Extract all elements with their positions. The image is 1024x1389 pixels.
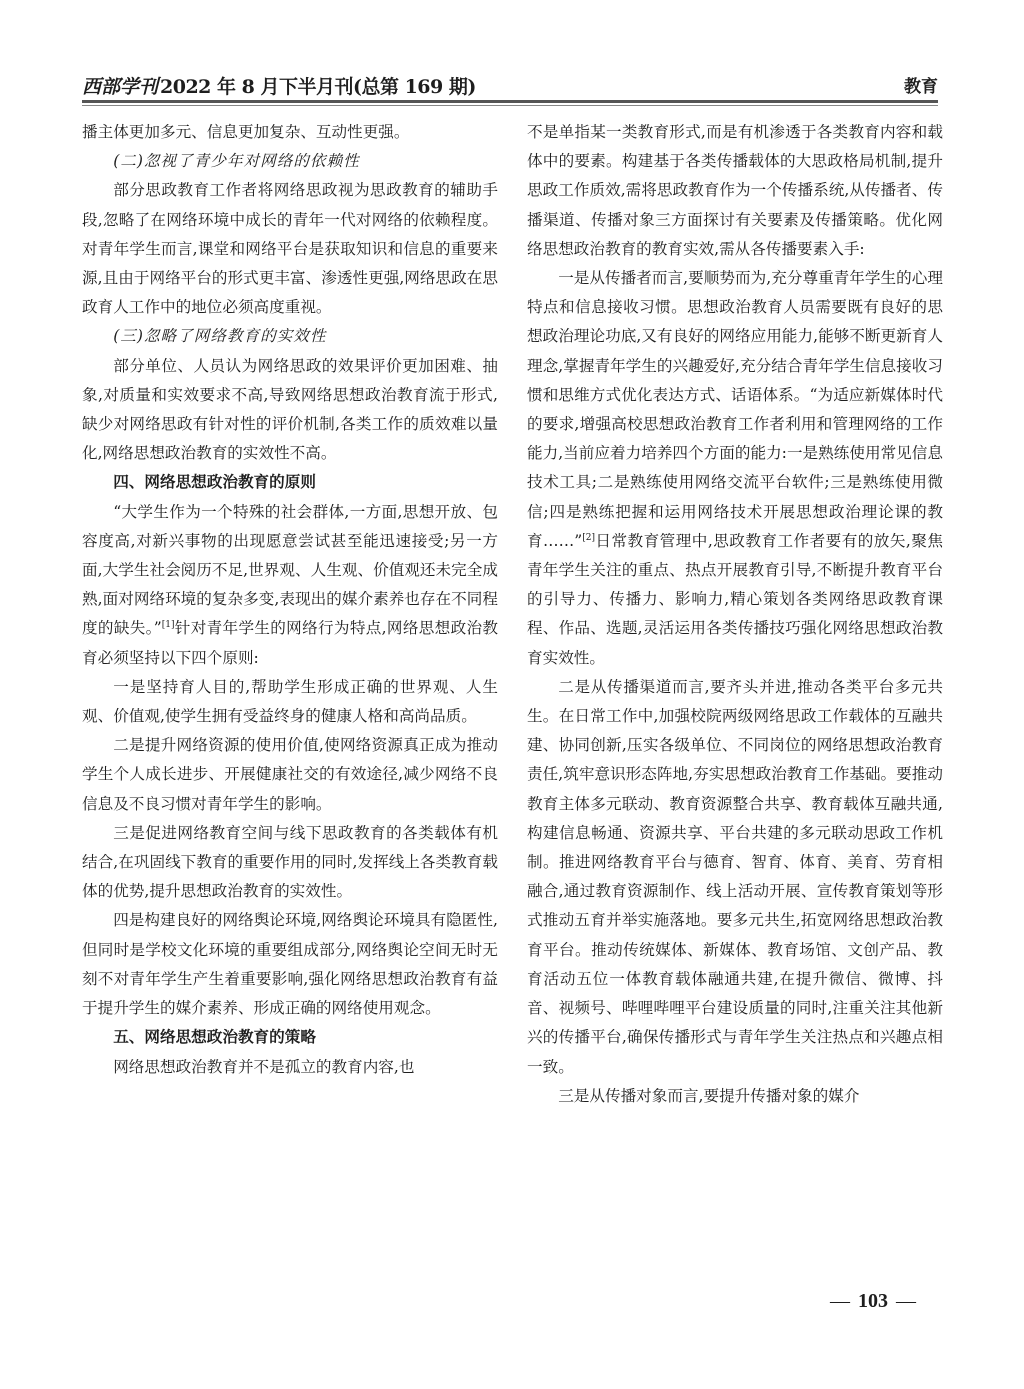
dash-right: —	[896, 1290, 916, 1312]
header-rule-thin	[82, 105, 938, 106]
paragraph-text: 一是从传播者而言,要顺势而为,充分尊重青年学生的心理特点和信息接收习惯。思想政治…	[527, 269, 943, 550]
paragraph-quote: “大学生作为一个特殊的社会群体,一方面,思想开放、包容度高,对新兴事物的出现愿意…	[82, 498, 498, 673]
page-number-value: 103	[858, 1290, 888, 1312]
paragraph: 部分思政教育工作者将网络思政视为思政教育的辅助手段,忽略了在网络环境中成长的青年…	[82, 176, 498, 322]
paragraph: 网络思想政治教育并不是孤立的教育内容,也	[82, 1053, 498, 1082]
dash-left: —	[830, 1290, 850, 1312]
paragraph: 部分单位、人员认为网络思政的效果评价更加困难、抽象,对质量和实效要求不高,导致网…	[82, 352, 498, 469]
section-heading: 五、网络思想政治教育的策略	[82, 1023, 498, 1052]
page-header: 西部学刊2022 年 8 月下半月刊(总第 169 期) 教育	[82, 72, 938, 96]
paragraph: 二是提升网络资源的使用价值,使网络资源真正成为推动学生个人成长进步、开展健康社交…	[82, 731, 498, 819]
issue-info: 2022 年 8 月下半月刊(总第 169 期)	[160, 76, 476, 98]
paragraph: 三是促进网络教育空间与线下思政教育的各类载体有机结合,在巩固线下教育的重要作用的…	[82, 819, 498, 907]
journal-logo: 西部学刊	[82, 76, 158, 98]
paragraph: 播主体更加多元、信息更加复杂、互动性更强。	[82, 118, 498, 147]
paragraph: 一是坚持育人目的,帮助学生形成正确的世界观、人生观、价值观,使学生拥有受益终身的…	[82, 673, 498, 731]
header-rule-thick	[82, 100, 938, 103]
left-column: 播主体更加多元、信息更加复杂、互动性更强。 (二)忽视了青少年对网络的依赖性 部…	[82, 118, 498, 1082]
right-column: 不是单指某一类教育形式,而是有机渗透于各类教育内容和载体中的要素。构建基于各类传…	[527, 118, 943, 1111]
paragraph-quote: 一是从传播者而言,要顺势而为,充分尊重青年学生的心理特点和信息接收习惯。思想政治…	[527, 264, 943, 673]
paragraph-text: 日常教育管理中,思政教育工作者要有的放矢,聚焦青年学生关注的重点、热点开展教育引…	[527, 532, 943, 667]
paragraph: 不是单指某一类教育形式,而是有机渗透于各类教育内容和载体中的要素。构建基于各类传…	[527, 118, 943, 264]
reference-marker: [1]	[162, 620, 175, 630]
section-heading: 四、网络思想政治教育的原则	[82, 468, 498, 497]
reference-marker: [2]	[582, 533, 595, 543]
journal-issue-line: 西部学刊2022 年 8 月下半月刊(总第 169 期)	[82, 72, 476, 99]
quote-text: “大学生作为一个特殊的社会群体,一方面,思想开放、包容度高,对新兴事物的出现愿意…	[82, 503, 498, 638]
paragraph: 四是构建良好的网络舆论环境,网络舆论环境具有隐匿性,但同时是学校文化环境的重要组…	[82, 906, 498, 1023]
subheading: (三)忽略了网络教育的实效性	[82, 322, 498, 351]
paragraph: 二是从传播渠道而言,要齐头并进,推动各类平台多元共生。在日常工作中,加强校院两级…	[527, 673, 943, 1082]
paragraph: 三是从传播对象而言,要提升传播对象的媒介	[527, 1082, 943, 1111]
page-number: —103—	[822, 1290, 924, 1313]
subheading: (二)忽视了青少年对网络的依赖性	[82, 147, 498, 176]
section-tag: 教育	[904, 72, 938, 97]
